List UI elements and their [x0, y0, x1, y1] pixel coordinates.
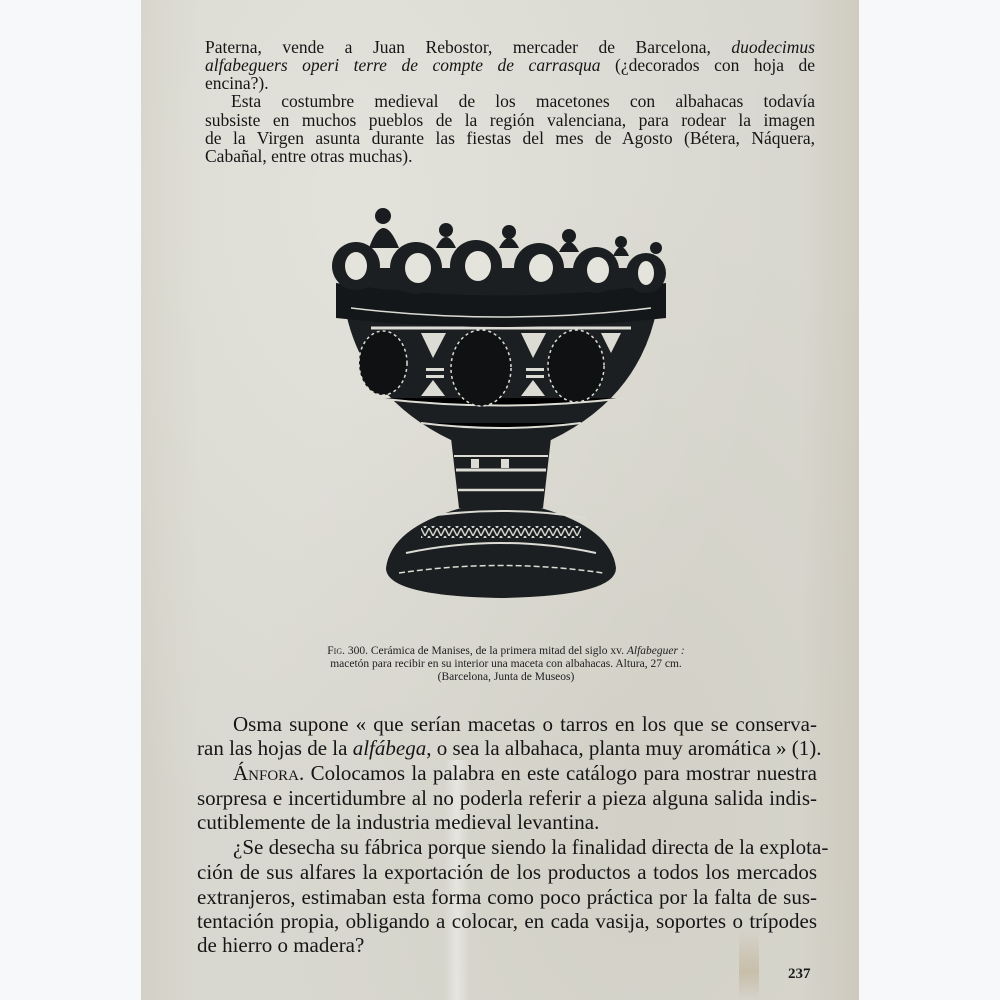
- text-segment: subsiste en muchos pueblos de la región …: [205, 110, 815, 130]
- text-line: ¿Se desecha su fábrica porque siendo la …: [233, 836, 817, 858]
- text-line: Esta costumbre medieval de los macetones…: [231, 92, 815, 110]
- text-segment: (¿decorados con hoja de: [601, 55, 815, 75]
- text-line: alfabeguers operi terre de compte de car…: [205, 56, 815, 74]
- figure-label: Fig. 300.: [327, 645, 368, 657]
- text-line: tentación propia, obligando a colocar, e…: [197, 910, 817, 932]
- text-line: extranjeros, estimaban esta forma como p…: [197, 886, 817, 908]
- caption-text: Cerámica de Manises, de la primera mitad…: [368, 645, 627, 657]
- text-line: ran las hojas de la alfábega, o sea la a…: [197, 737, 817, 759]
- text-segment-italic: alfabeguers operi terre de compte de car…: [205, 55, 601, 75]
- text-segment: Cabañal, entre otras muchas).: [205, 146, 413, 166]
- text-segment: ran las hojas de la: [197, 736, 353, 760]
- text-segment-italic: alfábega: [353, 736, 427, 760]
- entry-heading: Ánfora.: [233, 761, 304, 785]
- caption-line: macetón para recibir en su interior una …: [241, 658, 771, 671]
- text-segment: ción de sus alfares la exportación de lo…: [197, 860, 817, 884]
- caption-text: macetón para recibir en su interior una …: [330, 658, 682, 670]
- text-line: cutiblemente de la industria medieval le…: [197, 811, 817, 833]
- caption-text-italic: Alfabeguer :: [627, 645, 685, 657]
- page-number: 237: [788, 966, 811, 983]
- text-line: Cabañal, entre otras muchas).: [205, 147, 815, 165]
- text-segment: extranjeros, estimaban esta forma como p…: [197, 885, 817, 909]
- text-segment: Esta costumbre medieval de los macetones…: [231, 91, 815, 111]
- text-segment: de la Virgen asunta durante las fiestas …: [205, 128, 815, 148]
- text-segment: Colocamos la palabra en este catálogo pa…: [304, 761, 817, 785]
- text-line: de la Virgen asunta durante las fiestas …: [205, 129, 815, 147]
- text-segment: cutiblemente de la industria medieval le…: [197, 810, 599, 834]
- ceramic-vessel-illustration: [321, 208, 681, 618]
- caption-line: (Barcelona, Junta de Museos): [241, 671, 771, 684]
- text-line: Ánfora. Colocamos la palabra en este cat…: [233, 762, 817, 784]
- text-line: Paterna, vende a Juan Rebostor, mercader…: [205, 38, 815, 56]
- caption-line: Fig. 300. Cerámica de Manises, de la pri…: [241, 645, 771, 658]
- text-segment: Osma supone « que serían macetas o tarro…: [233, 712, 817, 736]
- book-page: Paterna, vende a Juan Rebostor, mercader…: [141, 0, 859, 1000]
- text-segment: Paterna, vende a Juan Rebostor, mercader…: [205, 37, 731, 57]
- figure-caption: Fig. 300. Cerámica de Manises, de la pri…: [241, 645, 771, 684]
- caption-text: (Barcelona, Junta de Museos): [438, 671, 575, 683]
- text-segment: tentación propia, obligando a colocar, e…: [197, 909, 817, 933]
- text-segment: ¿Se desecha su fábrica porque siendo la …: [233, 835, 828, 859]
- text-segment: sorpresa e incertidumbre al no poderla r…: [197, 786, 817, 810]
- text-segment: encina?).: [205, 73, 269, 93]
- text-line: de hierro o madera?: [197, 934, 817, 956]
- text-segment-italic: duodecimus: [731, 37, 815, 57]
- text-line: sorpresa e incertidumbre al no poderla r…: [197, 787, 817, 809]
- text-line: Osma supone « que serían macetas o tarro…: [233, 713, 817, 735]
- text-line: subsiste en muchos pueblos de la región …: [205, 111, 815, 129]
- text-segment: , o sea la albahaca, planta muy aromátic…: [426, 736, 821, 760]
- text-line: ción de sus alfares la exportación de lo…: [197, 861, 817, 883]
- text-segment: de hierro o madera?: [197, 933, 364, 957]
- text-line: encina?).: [205, 74, 815, 92]
